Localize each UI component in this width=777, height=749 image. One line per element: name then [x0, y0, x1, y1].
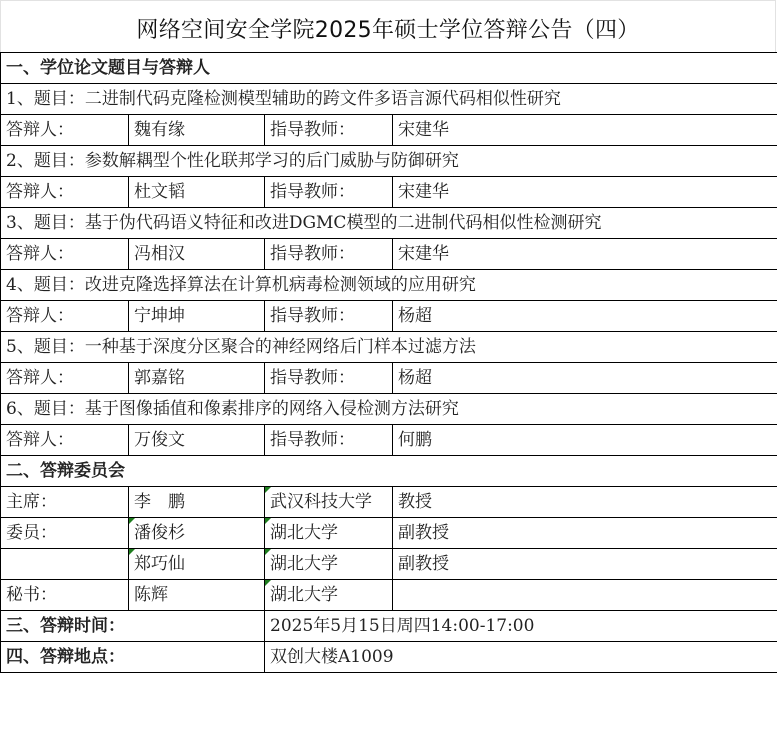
section4-heading[interactable]: 四、答辩地点：	[1, 642, 265, 673]
thesis-title-row: 3、题目：基于伪代码语义特征和改进DGMC模型的二进制代码相似性检测研究	[1, 208, 777, 239]
student-name[interactable]: 万俊文	[129, 425, 265, 456]
thesis-title[interactable]: 6、题目：基于图像插值和像素排序的网络入侵检测方法研究	[1, 394, 777, 425]
thesis-title[interactable]: 1、题目：二进制代码克隆检测模型辅助的跨文件多语言源代码相似性研究	[1, 84, 777, 115]
defense-label[interactable]: 答辩人：	[1, 425, 129, 456]
committee-org[interactable]: 湖北大学	[265, 580, 393, 611]
advisor-label[interactable]: 指导教师：	[265, 239, 393, 270]
committee-rank[interactable]	[393, 580, 777, 611]
committee-rank[interactable]: 教授	[393, 487, 777, 518]
student-name[interactable]: 宁坤坤	[129, 301, 265, 332]
student-name[interactable]: 郭嘉铭	[129, 363, 265, 394]
committee-name[interactable]: 李 鹏	[129, 487, 265, 518]
thesis-people-row: 答辩人： 魏有缘 指导教师： 宋建华	[1, 115, 777, 146]
advisor-label[interactable]: 指导教师：	[265, 115, 393, 146]
thesis-title-row: 5、题目：一种基于深度分区聚合的神经网络后门样本过滤方法	[1, 332, 777, 363]
committee-name[interactable]: 陈辉	[129, 580, 265, 611]
advisor-label[interactable]: 指导教师：	[265, 363, 393, 394]
student-name[interactable]: 魏有缘	[129, 115, 265, 146]
section2-heading[interactable]: 二、答辩委员会	[1, 456, 777, 487]
section3-heading[interactable]: 三、答辩时间：	[1, 611, 265, 642]
committee-org[interactable]: 武汉科技大学	[265, 487, 393, 518]
thesis-people-row: 答辩人： 冯相汉 指导教师： 宋建华	[1, 239, 777, 270]
defense-label[interactable]: 答辩人：	[1, 177, 129, 208]
thesis-title[interactable]: 4、题目：改进克隆选择算法在计算机病毒检测领域的应用研究	[1, 270, 777, 301]
committee-role[interactable]	[1, 549, 129, 580]
announcement-table: 一、学位论文题目与答辩人 1、题目：二进制代码克隆检测模型辅助的跨文件多语言源代…	[0, 52, 777, 673]
defense-time-value[interactable]: 2025年5月15日周四14:00-17:00	[265, 611, 777, 642]
committee-rank[interactable]: 副教授	[393, 549, 777, 580]
thesis-title[interactable]: 3、题目：基于伪代码语义特征和改进DGMC模型的二进制代码相似性检测研究	[1, 208, 777, 239]
committee-org[interactable]: 湖北大学	[265, 549, 393, 580]
student-name[interactable]: 杜文韬	[129, 177, 265, 208]
advisor-name[interactable]: 宋建华	[393, 177, 777, 208]
advisor-label[interactable]: 指导教师：	[265, 425, 393, 456]
section-heading-row: 二、答辩委员会	[1, 456, 777, 487]
thesis-people-row: 答辩人： 万俊文 指导教师： 何鹏	[1, 425, 777, 456]
committee-row: 主席： 李 鹏 武汉科技大学 教授	[1, 487, 777, 518]
thesis-people-row: 答辩人： 宁坤坤 指导教师： 杨超	[1, 301, 777, 332]
committee-org[interactable]: 湖北大学	[265, 518, 393, 549]
defense-time-row: 三、答辩时间： 2025年5月15日周四14:00-17:00	[1, 611, 777, 642]
thesis-title-row: 1、题目：二进制代码克隆检测模型辅助的跨文件多语言源代码相似性研究	[1, 84, 777, 115]
advisor-name[interactable]: 杨超	[393, 301, 777, 332]
thesis-title-row: 2、题目：参数解耦型个性化联邦学习的后门威胁与防御研究	[1, 146, 777, 177]
thesis-people-row: 答辩人： 杜文韬 指导教师： 宋建华	[1, 177, 777, 208]
advisor-name[interactable]: 宋建华	[393, 115, 777, 146]
defense-label[interactable]: 答辩人：	[1, 115, 129, 146]
committee-name[interactable]: 潘俊杉	[129, 518, 265, 549]
thesis-title-row: 4、题目：改进克隆选择算法在计算机病毒检测领域的应用研究	[1, 270, 777, 301]
committee-role[interactable]: 秘书：	[1, 580, 129, 611]
student-name[interactable]: 冯相汉	[129, 239, 265, 270]
committee-name[interactable]: 郑巧仙	[129, 549, 265, 580]
advisor-name[interactable]: 宋建华	[393, 239, 777, 270]
announcement-title-cell[interactable]: 网络空间安全学院2025年硕士学位答辩公告（四）	[0, 0, 776, 52]
defense-label[interactable]: 答辩人：	[1, 239, 129, 270]
thesis-title-row: 6、题目：基于图像插值和像素排序的网络入侵检测方法研究	[1, 394, 777, 425]
advisor-name[interactable]: 何鹏	[393, 425, 777, 456]
section-heading-row: 一、学位论文题目与答辩人	[1, 53, 777, 84]
section1-heading[interactable]: 一、学位论文题目与答辩人	[1, 53, 777, 84]
committee-row: 郑巧仙 湖北大学 副教授	[1, 549, 777, 580]
thesis-title[interactable]: 2、题目：参数解耦型个性化联邦学习的后门威胁与防御研究	[1, 146, 777, 177]
committee-role[interactable]: 委员：	[1, 518, 129, 549]
defense-location-row: 四、答辩地点： 双创大楼A1009	[1, 642, 777, 673]
advisor-label[interactable]: 指导教师：	[265, 301, 393, 332]
announcement-title: 网络空间安全学院2025年硕士学位答辩公告（四）	[136, 10, 639, 44]
committee-rank[interactable]: 副教授	[393, 518, 777, 549]
committee-row: 委员： 潘俊杉 湖北大学 副教授	[1, 518, 777, 549]
defense-location-value[interactable]: 双创大楼A1009	[265, 642, 777, 673]
committee-role[interactable]: 主席：	[1, 487, 129, 518]
advisor-label[interactable]: 指导教师：	[265, 177, 393, 208]
defense-label[interactable]: 答辩人：	[1, 363, 129, 394]
committee-row: 秘书： 陈辉 湖北大学	[1, 580, 777, 611]
defense-label[interactable]: 答辩人：	[1, 301, 129, 332]
advisor-name[interactable]: 杨超	[393, 363, 777, 394]
thesis-people-row: 答辩人： 郭嘉铭 指导教师： 杨超	[1, 363, 777, 394]
thesis-title[interactable]: 5、题目：一种基于深度分区聚合的神经网络后门样本过滤方法	[1, 332, 777, 363]
